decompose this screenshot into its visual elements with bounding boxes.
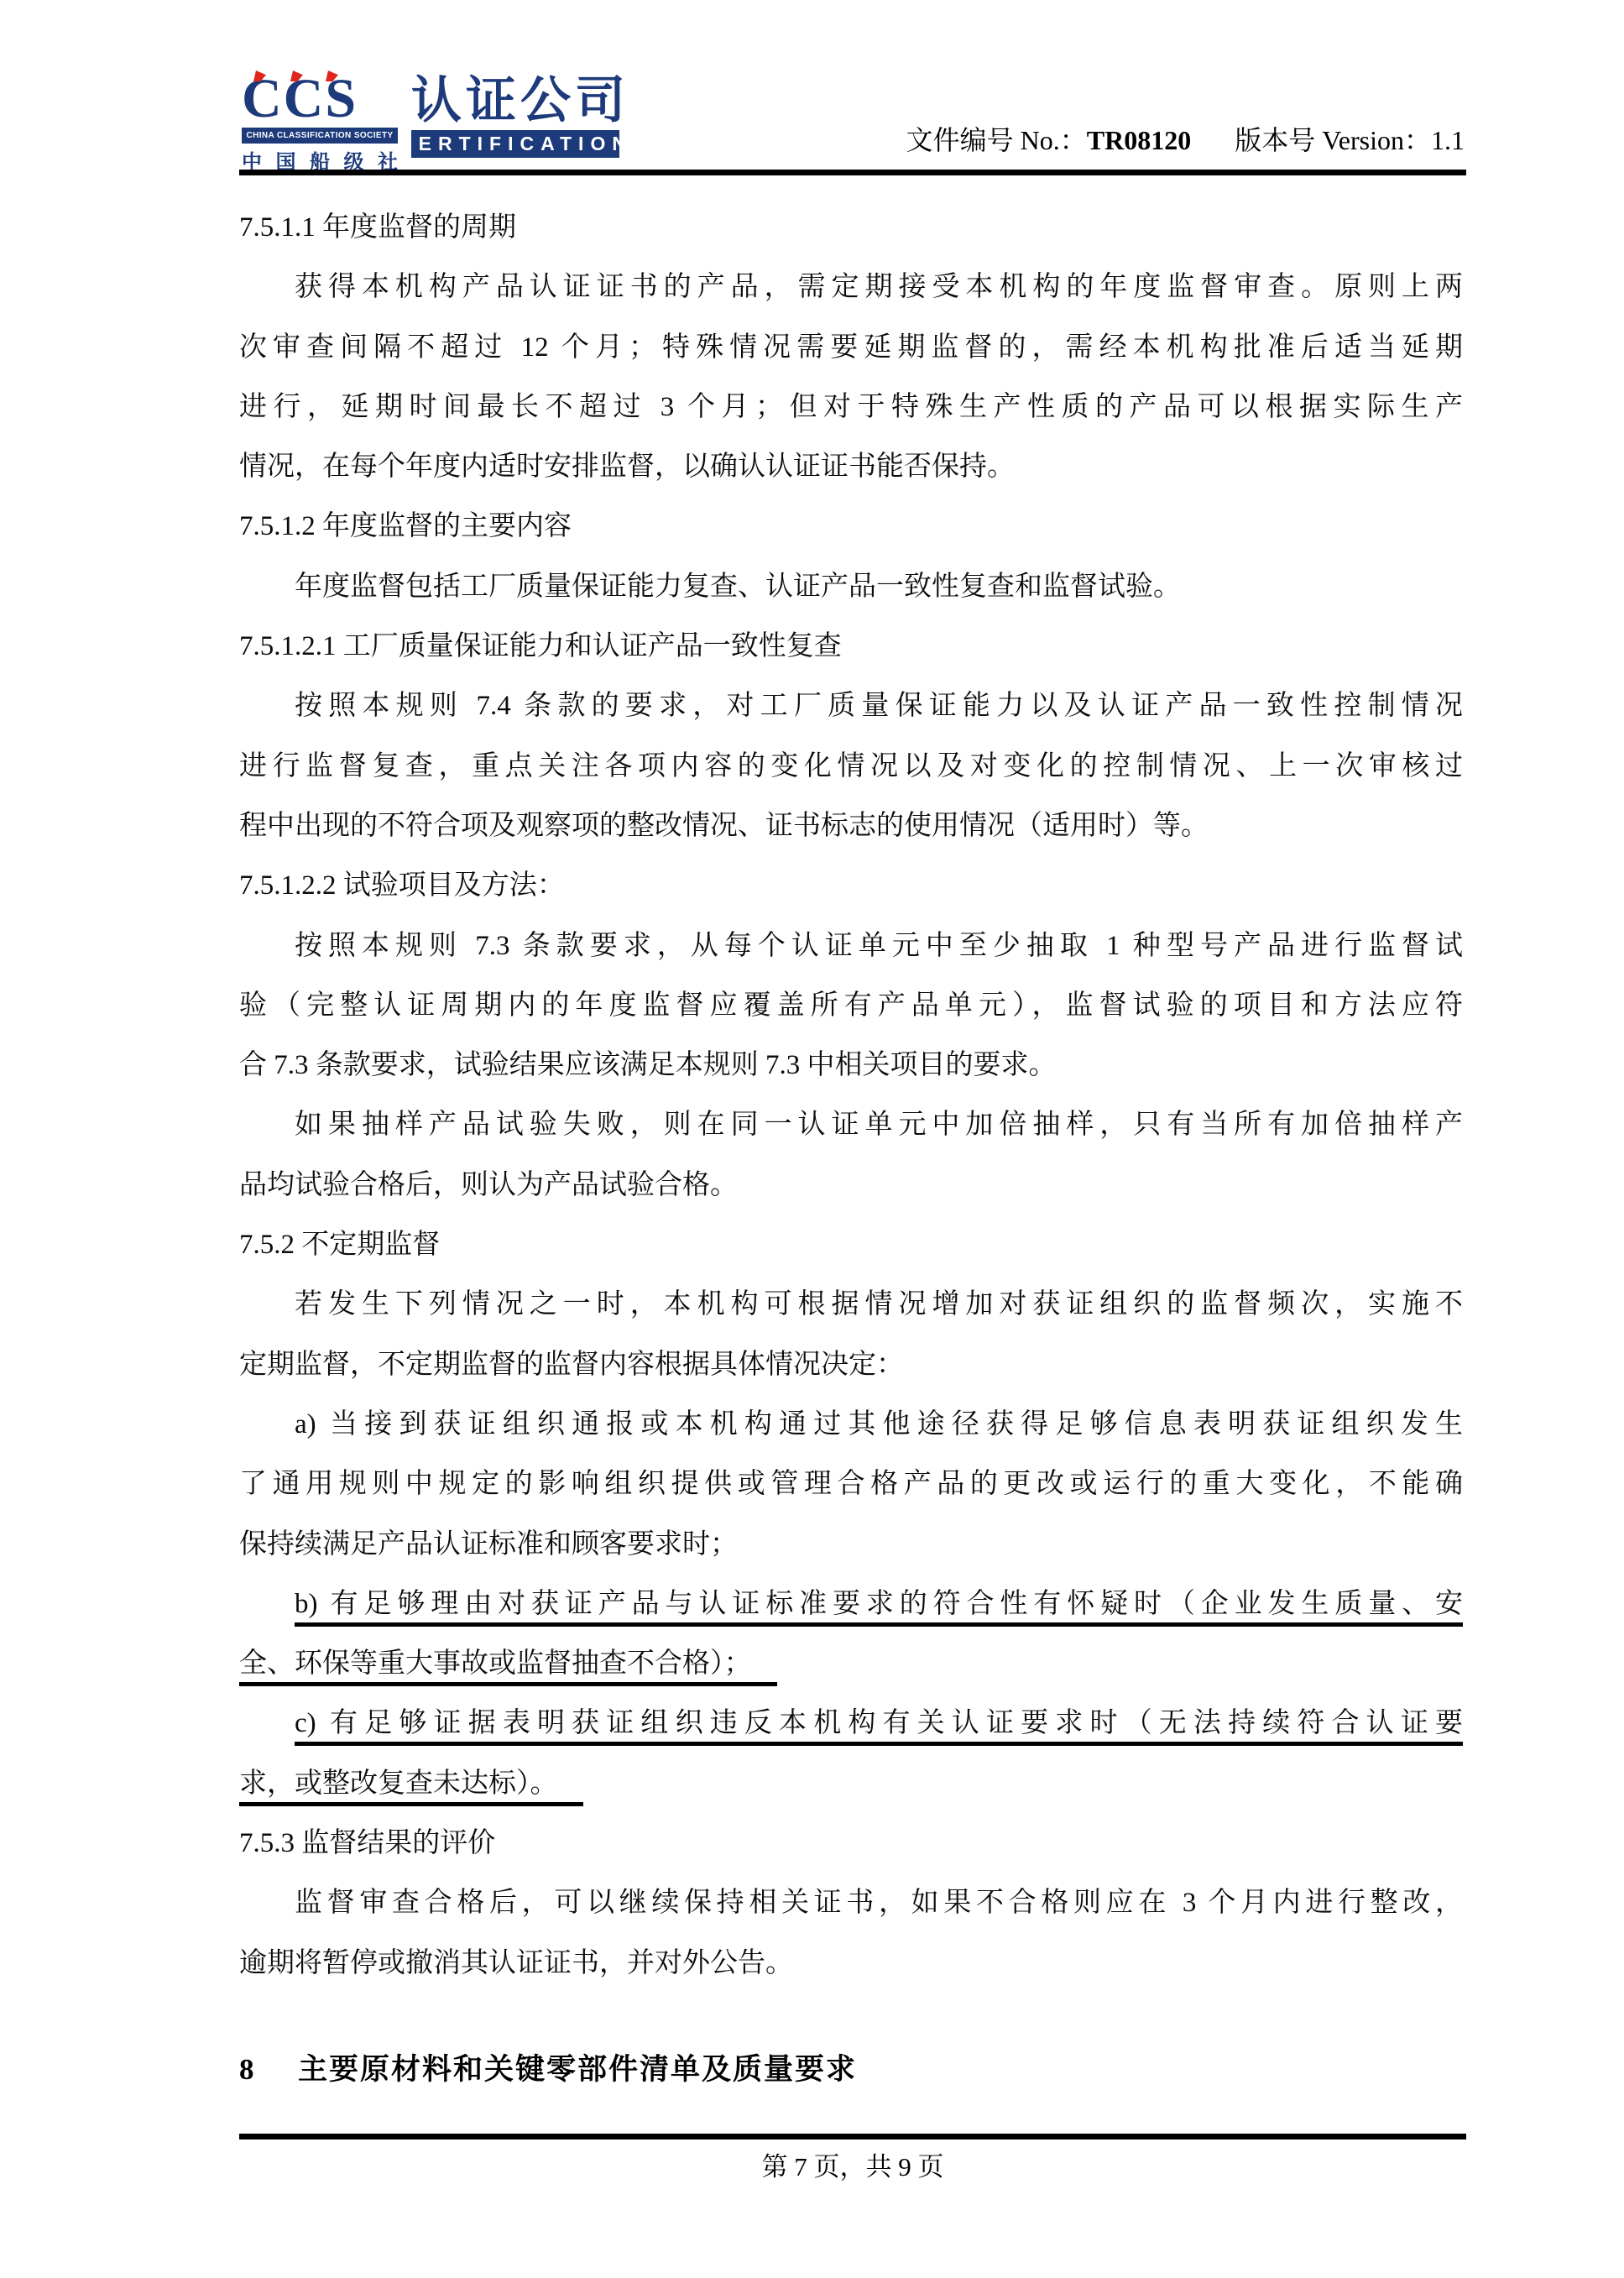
line-text: 7.5.2 不定期监督 bbox=[239, 1230, 440, 1260]
text-line: 获得本机构产品认证证书的产品，需定期接受本机构的年度监督审查。原则上两 bbox=[239, 258, 1463, 317]
text-line: a) 当接到获证组织通报或本机构通过其他途径获得足够信息表明获证组织发生 bbox=[239, 1395, 1463, 1455]
line-text: a) 当接到获证组织通报或本机构通过其他途径获得足够信息表明获证组织发生 bbox=[295, 1409, 1463, 1439]
line-text: 了通用规则中规定的影响组织提供或管理合格产品的更改或运行的重大变化，不能确 bbox=[239, 1469, 1463, 1499]
underlined-text: 求，或整改复查未达标）。 bbox=[239, 1769, 583, 1806]
text-line: 定期监督，不定期监督的监督内容根据具体情况决定： bbox=[239, 1335, 1463, 1395]
line-text: 情况，在每个年度内适时安排监督，以确认认证证书能否保持。 bbox=[239, 452, 1015, 482]
text-line: 验（完整认证周期内的年度监督应覆盖所有产品单元），监督试验的项目和方法应符 bbox=[239, 976, 1463, 1036]
page-number: 第 7 页，共 9 页 bbox=[239, 2145, 1466, 2183]
document-page: CCS CHINA CLASSIFICATION SOCIETY 中 国 船 级… bbox=[0, 0, 1624, 2278]
line-text: 7.5.1.2.1 工厂质量保证能力和认证产品一致性复查 bbox=[239, 631, 842, 661]
ccs-logo-left: CCS CHINA CLASSIFICATION SOCIETY 中 国 船 级… bbox=[242, 74, 399, 175]
text-line: 7.5.3 监督结果的评价 bbox=[239, 1814, 1463, 1873]
version-label: 版本号 Version： bbox=[1235, 125, 1431, 155]
certification-banner: CERTIFICATION bbox=[411, 130, 619, 158]
underlined-text: b) 有足够理由对获证产品与认证标准要求的符合性有怀疑时（企业发生质量、安 bbox=[295, 1589, 1463, 1627]
text-line: 按照本规则 7.3 条款要求，从每个认证单元中至少抽取 1 种型号产品进行监督试 bbox=[239, 917, 1463, 976]
text-line: 如果抽样产品试验失败，则在同一认证单元中加倍抽样，只有当所有加倍抽样产 bbox=[239, 1095, 1463, 1155]
line-text: 品均试验合格后，则认为产品试验合格。 bbox=[239, 1170, 738, 1200]
text-line: 年度监督包括工厂质量保证能力复查、认证产品一致性复查和监督试验。 bbox=[239, 557, 1463, 617]
text-line: 按照本规则 7.4 条款的要求，对工厂质量保证能力以及认证产品一致性控制情况 bbox=[239, 677, 1463, 736]
line-text: 如果抽样产品试验失败，则在同一认证单元中加倍抽样，只有当所有加倍抽样产 bbox=[295, 1110, 1463, 1140]
text-line: 若发生下列情况之一时，本机构可根据情况增加对获证组织的监督频次，实施不 bbox=[239, 1275, 1463, 1335]
header-meta: 文件编号 No.：TR08120版本号 Version：1.1 bbox=[671, 119, 1465, 158]
line-text: 进行监督复查，重点关注各项内容的变化情况以及对变化的控制情况、上一次审核过 bbox=[239, 751, 1463, 781]
text-line: 7.5.1.2.1 工厂质量保证能力和认证产品一致性复查 bbox=[239, 617, 1463, 677]
text-line: 程中出现的不符合项及观察项的整改情况、证书标志的使用情况（适用时）等。 bbox=[239, 797, 1463, 856]
text-line: 逾期将暂停或撤消其认证证书，并对外公告。 bbox=[239, 1934, 1463, 1993]
underlined-text: c) 有足够证据表明获证组织违反本机构有关认证要求时（无法持续符合认证要 bbox=[295, 1708, 1463, 1746]
line-text: 程中出现的不符合项及观察项的整改情况、证书标志的使用情况（适用时）等。 bbox=[239, 811, 1209, 841]
text-line: 品均试验合格后，则认为产品试验合格。 bbox=[239, 1156, 1463, 1215]
text-line: 7.5.1.2 年度监督的主要内容 bbox=[239, 497, 1463, 556]
line-text: 7.5.1.2 年度监督的主要内容 bbox=[239, 511, 572, 541]
text-line: 监督审查合格后，可以继续保持相关证书，如果不合格则应在 3 个月内进行整改， bbox=[239, 1873, 1463, 1933]
version-value: 1.1 bbox=[1431, 125, 1465, 155]
text-line: 7.5.1.2.2 试验项目及方法： bbox=[239, 856, 1463, 916]
ccs-acronym: CCS bbox=[242, 74, 399, 124]
line-text: 进行，延期时间最长不超过 3 个月；但对于特殊生产性质的产品可以根据实际生产 bbox=[239, 392, 1463, 422]
section8-number: 8 bbox=[239, 2053, 298, 2087]
header-rule bbox=[239, 170, 1466, 175]
line-text: 定期监督，不定期监督的监督内容根据具体情况决定： bbox=[239, 1350, 904, 1380]
text-line: 进行，延期时间最长不超过 3 个月；但对于特殊生产性质的产品可以根据实际生产 bbox=[239, 378, 1463, 437]
footer-rule bbox=[239, 2134, 1466, 2140]
line-text: 若发生下列情况之一时，本机构可根据情况增加对获证组织的监督频次，实施不 bbox=[295, 1289, 1463, 1319]
text-line: 进行监督复查，重点关注各项内容的变化情况以及对变化的控制情况、上一次审核过 bbox=[239, 737, 1463, 797]
line-text: 按照本规则 7.4 条款的要求，对工厂质量保证能力以及认证产品一致性控制情况 bbox=[295, 691, 1463, 721]
text-line: 了通用规则中规定的影响组织提供或管理合格产品的更改或运行的重大变化，不能确 bbox=[239, 1455, 1463, 1514]
line-text: 7.5.1.2.2 试验项目及方法： bbox=[239, 870, 565, 901]
text-line: 合 7.3 条款要求，试验结果应该满足本规则 7.3 中相关项目的要求。 bbox=[239, 1036, 1463, 1095]
text-line: 全、环保等重大事故或监督抽查不合格）； bbox=[239, 1634, 1463, 1694]
line-text: 年度监督包括工厂质量保证能力复查、认证产品一致性复查和监督试验。 bbox=[295, 572, 1181, 602]
line-text: 按照本规则 7.3 条款要求，从每个认证单元中至少抽取 1 种型号产品进行监督试 bbox=[295, 931, 1463, 961]
text-line: 7.5.1.1 年度监督的周期 bbox=[239, 198, 1463, 258]
section8-title: 主要原材料和关键零部件清单及质量要求 bbox=[298, 2053, 857, 2086]
text-line: 保持续满足产品认证标准和顾客要求时； bbox=[239, 1515, 1463, 1575]
text-line: b) 有足够理由对获证产品与认证标准要求的符合性有怀疑时（企业发生质量、安 bbox=[239, 1575, 1463, 1634]
line-text: 验（完整认证周期内的年度监督应覆盖所有产品单元），监督试验的项目和方法应符 bbox=[239, 990, 1463, 1021]
line-text: 次审查间隔不超过 12 个月；特殊情况需要延期监督的，需经本机构批准后适当延期 bbox=[239, 332, 1463, 363]
line-text: 7.5.1.1 年度监督的周期 bbox=[239, 212, 516, 243]
underlined-text: 全、环保等重大事故或监督抽查不合格）； bbox=[239, 1648, 777, 1686]
section8-heading: 8主要原材料和关键零部件清单及质量要求 bbox=[239, 2046, 857, 2088]
text-line: c) 有足够证据表明获证组织违反本机构有关认证要求时（无法持续符合认证要 bbox=[239, 1694, 1463, 1753]
doc-no-value: TR08120 bbox=[1087, 125, 1191, 155]
text-line: 情况，在每个年度内适时安排监督，以确认认证证书能否保持。 bbox=[239, 437, 1463, 497]
line-text: 7.5.3 监督结果的评价 bbox=[239, 1828, 495, 1858]
doc-no-label: 文件编号 No.： bbox=[906, 125, 1087, 155]
ccs-logo: CCS CHINA CLASSIFICATION SOCIETY 中 国 船 级… bbox=[242, 74, 629, 175]
text-line: 7.5.2 不定期监督 bbox=[239, 1215, 1463, 1275]
line-text: 监督审查合格后，可以继续保持相关证书，如果不合格则应在 3 个月内进行整改， bbox=[295, 1888, 1463, 1918]
ccs-logo-right: 认证公司 CERTIFICATION bbox=[411, 74, 629, 175]
text-line: 求，或整改复查未达标）。 bbox=[239, 1754, 1463, 1814]
line-text: 获得本机构产品认证证书的产品，需定期接受本机构的年度监督审查。原则上两 bbox=[295, 272, 1463, 302]
line-text: 逾期将暂停或撤消其认证证书，并对外公告。 bbox=[239, 1948, 793, 1978]
body-lines: 7.5.1.1 年度监督的周期获得本机构产品认证证书的产品，需定期接受本机构的年… bbox=[239, 198, 1463, 1993]
society-en-banner: CHINA CLASSIFICATION SOCIETY bbox=[242, 128, 398, 144]
line-text: 合 7.3 条款要求，试验结果应该满足本规则 7.3 中相关项目的要求。 bbox=[239, 1050, 1057, 1080]
line-text: 保持续满足产品认证标准和顾客要求时； bbox=[239, 1529, 738, 1560]
text-line: 次审查间隔不超过 12 个月；特殊情况需要延期监督的，需经本机构批准后适当延期 bbox=[239, 318, 1463, 378]
company-cn-text: 认证公司 bbox=[411, 74, 629, 128]
